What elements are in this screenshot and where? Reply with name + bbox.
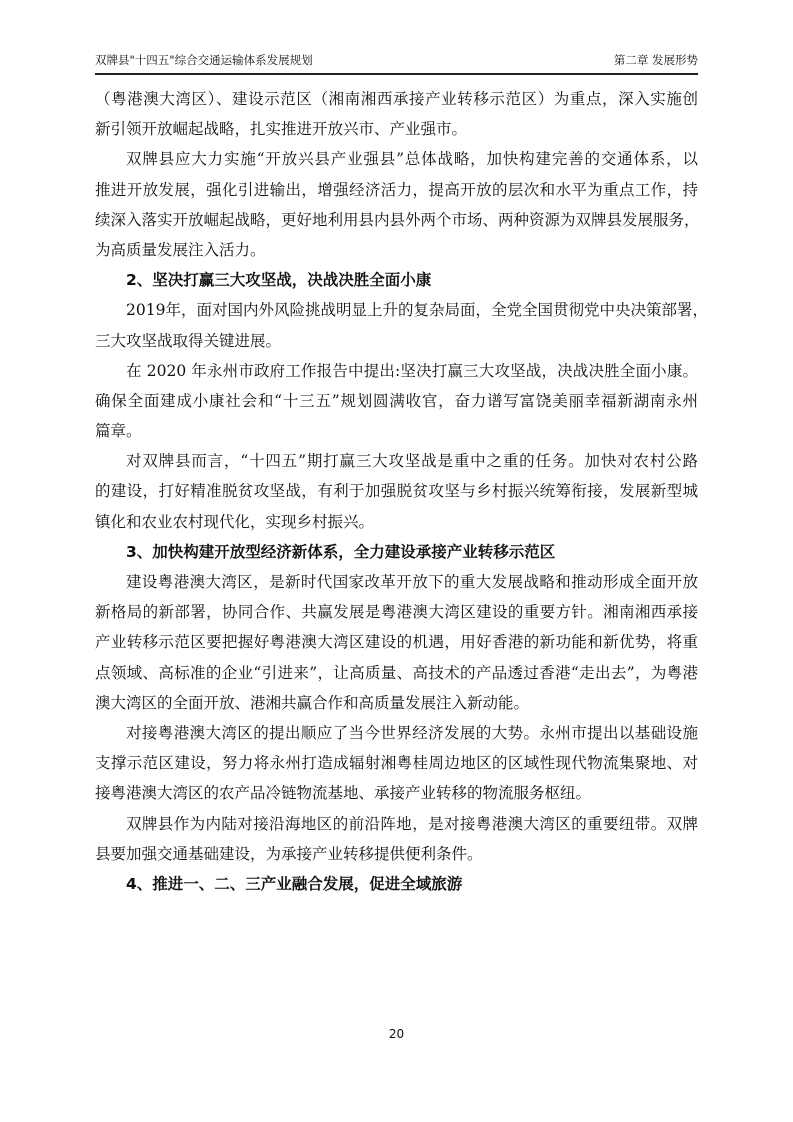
section-heading: 3、加快构建开放型经济新体系，全力建设承接产业转移示范区 bbox=[95, 537, 698, 567]
page-number: 20 bbox=[0, 1027, 793, 1041]
paragraph-line: 双牌县作为内陆对接沿海地区的前沿阵地，是对接粤港澳大湾区的重要纽带。双牌 bbox=[95, 809, 698, 839]
paragraph-line: 双牌县应大力实施“开放兴县产业强县”总体战略，加快构建完善的交通体系，以 bbox=[95, 144, 698, 174]
paragraph-line: 新格局的新部署，协同合作、共赢发展是粤港澳大湾区建设的重要方针。湘南湘西承接 bbox=[95, 597, 698, 627]
paragraph-line: 篇章。 bbox=[95, 416, 698, 446]
paragraph-line: 对接粤港澳大湾区的提出顺应了当今世界经济发展的大势。永州市提出以基础设施 bbox=[95, 718, 698, 748]
paragraph-line: 接粤港澳大湾区的农产品冷链物流基地、承接产业转移的物流服务枢纽。 bbox=[95, 778, 698, 808]
document-page: 双牌县"十四五"综合交通运输体系发展规划 第二章 发展形势 （粤港澳大湾区）、建… bbox=[0, 0, 793, 1122]
paragraph-line: 支撑示范区建设，努力将永州打造成辐射湘粤桂周边地区的区域性现代物流集聚地、对 bbox=[95, 748, 698, 778]
paragraph-line: 的建设，打好精准脱贫攻坚战，有利于加强脱贫攻坚与乡村振兴统筹衔接，发展新型城 bbox=[95, 476, 698, 506]
header-chapter-title: 第二章 发展形势 bbox=[614, 52, 698, 68]
paragraph-line: 确保全面建成小康社会和“十三五”规划圆满收官，奋力谱写富饶美丽幸福新湖南永州 bbox=[95, 386, 698, 416]
paragraph-line: 续深入落实开放崛起战略，更好地利用县内县外两个市场、两种资源为双牌县发展服务， bbox=[95, 205, 698, 235]
section-heading: 2、坚决打赢三大攻坚战，决战决胜全面小康 bbox=[95, 265, 698, 295]
section-heading: 4、推进一、二、三产业融合发展，促进全域旅游 bbox=[95, 869, 698, 899]
paragraph-line: 澳大湾区的全面开放、港湘共赢合作和高质量发展注入新动能。 bbox=[95, 688, 698, 718]
running-header: 双牌县"十四五"综合交通运输体系发展规划 第二章 发展形势 bbox=[95, 52, 698, 70]
header-document-title: 双牌县"十四五"综合交通运输体系发展规划 bbox=[95, 52, 313, 68]
paragraph-line: 镇化和农业农村现代化，实现乡村振兴。 bbox=[95, 507, 698, 537]
paragraph-line: （粤港澳大湾区）、建设示范区（湘南湘西承接产业转移示范区）为重点，深入实施创 bbox=[95, 84, 698, 114]
header-rule bbox=[95, 73, 698, 75]
paragraph-line: 推进开放发展，强化引进输出，增强经济活力，提高开放的层次和水平为重点工作，持 bbox=[95, 175, 698, 205]
paragraph-line: 在 2020 年永州市政府工作报告中提出:坚决打赢三大攻坚战，决战决胜全面小康。 bbox=[95, 356, 698, 386]
paragraph-line: 县要加强交通基础建设，为承接产业转移提供便利条件。 bbox=[95, 839, 698, 869]
document-body: （粤港澳大湾区）、建设示范区（湘南湘西承接产业转移示范区）为重点，深入实施创新引… bbox=[95, 84, 698, 899]
paragraph-line: 新引领开放崛起战略，扎实推进开放兴市、产业强市。 bbox=[95, 114, 698, 144]
paragraph-line: 点领域、高标准的企业“引进来”，让高质量、高技术的产品透过香港“走出去”，为粤港 bbox=[95, 658, 698, 688]
paragraph-line: 建设粤港澳大湾区，是新时代国家改革开放下的重大发展战略和推动形成全面开放 bbox=[95, 567, 698, 597]
paragraph-line: 为高质量发展注入活力。 bbox=[95, 235, 698, 265]
paragraph-line: 三大攻坚战取得关键进展。 bbox=[95, 326, 698, 356]
paragraph-line: 2019年，面对国内外风险挑战明显上升的复杂局面，全党全国贯彻党中央决策部署， bbox=[95, 295, 698, 325]
paragraph-line: 产业转移示范区要把握好粤港澳大湾区建设的机遇，用好香港的新功能和新优势，将重 bbox=[95, 627, 698, 657]
paragraph-line: 对双牌县而言，“十四五”期打赢三大攻坚战是重中之重的任务。加快对农村公路 bbox=[95, 446, 698, 476]
